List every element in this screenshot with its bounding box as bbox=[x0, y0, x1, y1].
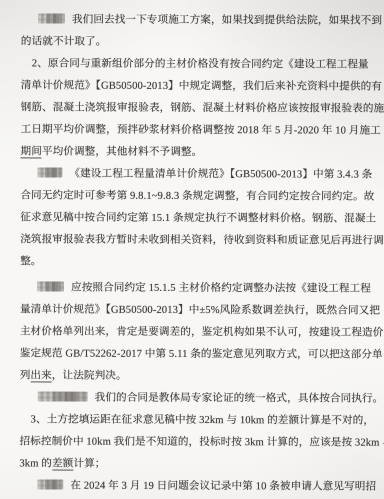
text-line: 量清单计价规范》【GB50500-2013】中±5%风险系数调差执行，既然合同又… bbox=[20, 299, 372, 322]
text-line: 鉴定规范 GB/T52262-2017 中第 5.11 条的鉴定意见列取方式，可… bbox=[20, 343, 372, 366]
text-line: 应按照合同约定 15.1.5 主材价格约定调整办法按《建设工程工程 bbox=[20, 277, 372, 300]
redacted-name-block bbox=[38, 13, 65, 23]
text-line: 清单计价规范》【GB50500-2013】中规定调整，我们后来补充资料中提供的有 bbox=[21, 75, 373, 98]
text-line: 合同无约定时可参考第 9.8.1~9.8.3 条规定调整，有合同约定按合同约定。… bbox=[20, 185, 372, 208]
text-segment: 3km 的 bbox=[19, 458, 52, 469]
redacted-name-block bbox=[38, 391, 88, 401]
text-segment: 《建设工程工程量清单计价规范》【GB50500-2013】中第 3.4.3 条 bbox=[69, 169, 372, 181]
text-segment: 列 bbox=[20, 370, 31, 381]
text-segment: 3、土方挖填运距在征求意见稿中按 32km 与 10km 的差额计算是不对的， bbox=[31, 414, 375, 426]
text-line: 浇筑报审报验表我方暂时未收到相关资料，待收到资料和质证意见后再进行调 bbox=[20, 229, 372, 252]
text-segment: 我们回去找一下专项施工方案，如果找到提供给法院，如果找不到 bbox=[72, 15, 382, 27]
text-line: 在 2024 年 3 月 19 日问题会议记录中第 10 条被申请人意见写明招 bbox=[19, 475, 371, 498]
text-line: 我们的合同是教体局专家论证的统一格式，具体按合同执行。 bbox=[20, 387, 372, 410]
text-segment: 在 2024 年 3 月 19 日问题会议记录中第 10 条被申请人意见写明招 bbox=[70, 481, 376, 493]
text-line: 工日期平均价调整，预拌砂浆材料价格调整按 2018 年 5 月-2020 年 1… bbox=[21, 119, 373, 142]
redacted-name-block bbox=[37, 281, 64, 291]
text-line: 3km 的差额计算； bbox=[19, 453, 371, 476]
text-segment: 主材价格单列出来，肯定是要调差的，鉴定机构如果不认可，按建设工程造价 bbox=[20, 326, 384, 338]
text-line: 主材价格单列出来，肯定是要调差的，鉴定机构如果不认可，按建设工程造价 bbox=[20, 321, 372, 344]
underlined-text-segment: 期间 bbox=[20, 146, 41, 158]
underlined-text-segment: 差额 bbox=[52, 458, 73, 470]
text-line: 整。 bbox=[20, 251, 372, 274]
text-line: 2、原合同与重新组价部分的主材价格没有按合同约定《建设工程工程量 bbox=[21, 53, 373, 76]
redacted-name-block bbox=[37, 167, 62, 177]
text-segment: 我们的合同是教体局专家论证的统一格式，具体按合同执行。 bbox=[95, 393, 384, 405]
text-line: 我们回去找一下专项施工方案，如果找到提供给法院，如果找不到 bbox=[21, 9, 373, 32]
text-segment: 清单计价规范》【GB50500-2013】中规定调整，我们后来补充资料中提供的有 bbox=[21, 80, 382, 92]
text-segment: 钢筋、混凝土浇筑报审报验表，钢筋、混凝土材料价格应该按报审报验表的施 bbox=[21, 102, 384, 114]
text-segment: 的话就不计取了。 bbox=[21, 36, 107, 47]
text-segment: 鉴定规范 GB/T52262-2017 中第 5.11 条的鉴定意见列取方式，可… bbox=[20, 348, 383, 360]
text-segment: 招标控制价中 10km 我们是不知道的，投标时按 3km 计算的，应该是按 32… bbox=[19, 436, 384, 448]
text-segment: 2、原合同与重新组价部分的主材价格没有按合同约定《建设工程工程量 bbox=[32, 58, 369, 70]
text-line: 的话就不计取了。 bbox=[21, 31, 373, 54]
text-segment: 计算； bbox=[73, 459, 105, 470]
text-segment: 合同无约定时可参考第 9.8.1~9.8.3 条规定调整，有合同约定按合同约定。… bbox=[20, 190, 374, 202]
text-line: 钢筋、混凝土浇筑报审报验表，钢筋、混凝土材料价格应该按报审报验表的施 bbox=[21, 97, 373, 120]
text-line: 3、土方挖填运距在征求意见稿中按 32km 与 10km 的差额计算是不对的， bbox=[20, 409, 372, 432]
text-line: 征求意见稿中按合同约定第 15.1 条规定执行不调整材料价格。钢筋、混凝土 bbox=[20, 207, 372, 230]
text-segment: 量清单计价规范》【GB50500-2013】中±5%风险系数调差执行，既然合同又… bbox=[20, 304, 380, 316]
redacted-name-block bbox=[37, 479, 63, 489]
text-segment: 应按照合同约定 15.1.5 主材价格约定调整办法按《建设工程工程 bbox=[71, 283, 371, 295]
text-segment: ，让法院判决。 bbox=[52, 370, 127, 381]
text-segment: 平均价调整，其他材料不予调整。 bbox=[42, 146, 202, 158]
text-segment: 征求意见稿中按合同约定第 15.1 条规定执行不调整材料价格。钢筋、混凝土 bbox=[20, 212, 376, 224]
text-line: 《建设工程工程量清单计价规范》【GB50500-2013】中第 3.4.3 条 bbox=[20, 163, 372, 186]
text-line: 招标控制价中 10km 我们是不知道的，投标时按 3km 计算的，应该是按 32… bbox=[19, 431, 371, 454]
text-line: 期间平均价调整，其他材料不予调整。 bbox=[20, 141, 372, 164]
document-body: 我们回去找一下专项施工方案，如果找到提供给法院，如果找不到的话就不计取了。2、原… bbox=[19, 9, 373, 498]
text-segment: 工日期平均价调整，预拌砂浆材料价格调整按 2018 年 5 月-2020 年 1… bbox=[21, 124, 381, 136]
text-segment: 整。 bbox=[20, 256, 41, 267]
scanned-document-page: 我们回去找一下专项施工方案，如果找到提供给法院，如果找不到的话就不计取了。2、原… bbox=[0, 0, 384, 499]
underlined-text-segment: 出来 bbox=[30, 370, 51, 382]
text-segment: 浇筑报审报验表我方暂时未收到相关资料，待收到资料和质证意见后再进行调 bbox=[20, 234, 384, 246]
text-line: 列出来，让法院判决。 bbox=[20, 365, 372, 388]
